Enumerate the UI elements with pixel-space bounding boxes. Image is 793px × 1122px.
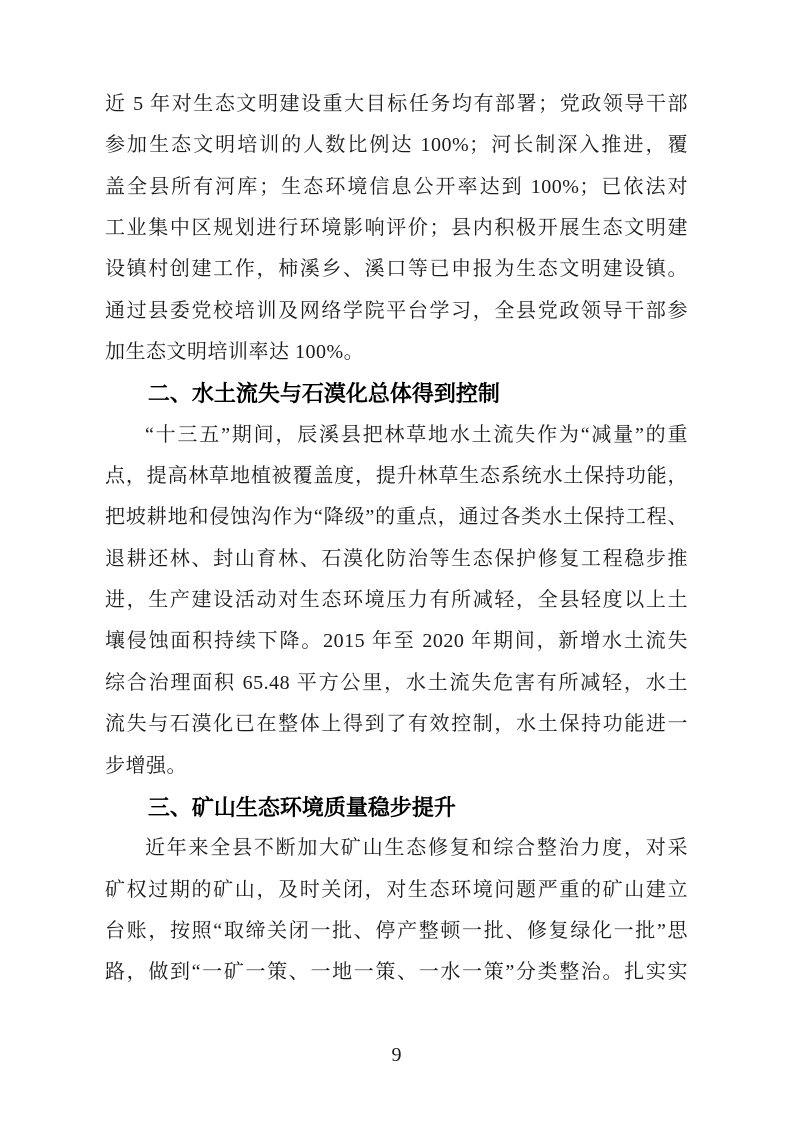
page-number: 9 bbox=[0, 1044, 793, 1067]
body-line: 把坡耕地和侵蚀沟作为“降级”的重点，通过各类水土保持工程、 bbox=[105, 497, 688, 538]
body-line: 近 5 年对生态文明建设重大目标任务均有部署；党政领导干部 bbox=[105, 84, 688, 125]
page-content: 近 5 年对生态文明建设重大目标任务均有部署；党政领导干部 参加生态文明培训的人… bbox=[105, 84, 688, 994]
body-line: 通过县委党校培训及网络学院平台学习，全县党政领导干部参 bbox=[105, 291, 688, 332]
body-line: 工业集中区规划进行环境影响评价；县内积极开展生态文明建 bbox=[105, 208, 688, 249]
body-line: 台账，按照“取缔关闭一批、停产整顿一批、修复绿化一批”思 bbox=[105, 911, 688, 952]
section-2-heading: 二、水土流失与石漠化总体得到控制 bbox=[105, 373, 688, 414]
body-line: 退耕还林、封山育林、石漠化防治等生态保护修复工程稳步推 bbox=[105, 539, 688, 580]
body-line: 加生态文明培训率达 100%。 bbox=[105, 332, 688, 373]
body-line: 参加生态文明培训的人数比例达 100%；河长制深入推进，覆 bbox=[105, 125, 688, 166]
body-line: 壤侵蚀面积持续下降。2015 年至 2020 年期间，新增水土流失 bbox=[105, 621, 688, 662]
section-3-paragraph: 近年来全县不断加大矿山生态修复和综合整治力度，对采 矿权过期的矿山，及时关闭，对… bbox=[105, 828, 688, 993]
body-line: 步增强。 bbox=[105, 746, 688, 787]
body-line: 设镇村创建工作，柿溪乡、溪口等已申报为生态文明建设镇。 bbox=[105, 249, 688, 290]
section-3-heading: 三、矿山生态环境质量稳步提升 bbox=[105, 787, 688, 828]
body-line: 盖全县所有河库；生态环境信息公开率达到 100%；已依法对 bbox=[105, 167, 688, 208]
body-line: “十三五”期间，辰溪县把林草地水土流失作为“减量”的重 bbox=[105, 415, 688, 456]
body-line: 近年来全县不断加大矿山生态修复和综合整治力度，对采 bbox=[105, 828, 688, 869]
document-page: 近 5 年对生态文明建设重大目标任务均有部署；党政领导干部 参加生态文明培训的人… bbox=[0, 0, 793, 1122]
body-line: 点，提高林草地植被覆盖度，提升林草生态系统水土保持功能， bbox=[105, 456, 688, 497]
section-2-paragraph: “十三五”期间，辰溪县把林草地水土流失作为“减量”的重 点，提高林草地植被覆盖度… bbox=[105, 415, 688, 787]
body-line: 路，做到“一矿一策、一地一策、一水一策”分类整治。扎实实 bbox=[105, 952, 688, 993]
body-line: 综合治理面积 65.48 平方公里，水土流失危害有所减轻，水土 bbox=[105, 663, 688, 704]
intro-paragraph: 近 5 年对生态文明建设重大目标任务均有部署；党政领导干部 参加生态文明培训的人… bbox=[105, 84, 688, 373]
body-line: 进，生产建设活动对生态环境压力有所减轻，全县轻度以上土 bbox=[105, 580, 688, 621]
body-line: 流失与石漠化已在整体上得到了有效控制，水土保持功能进一 bbox=[105, 704, 688, 745]
body-line: 矿权过期的矿山，及时关闭，对生态环境问题严重的矿山建立 bbox=[105, 870, 688, 911]
